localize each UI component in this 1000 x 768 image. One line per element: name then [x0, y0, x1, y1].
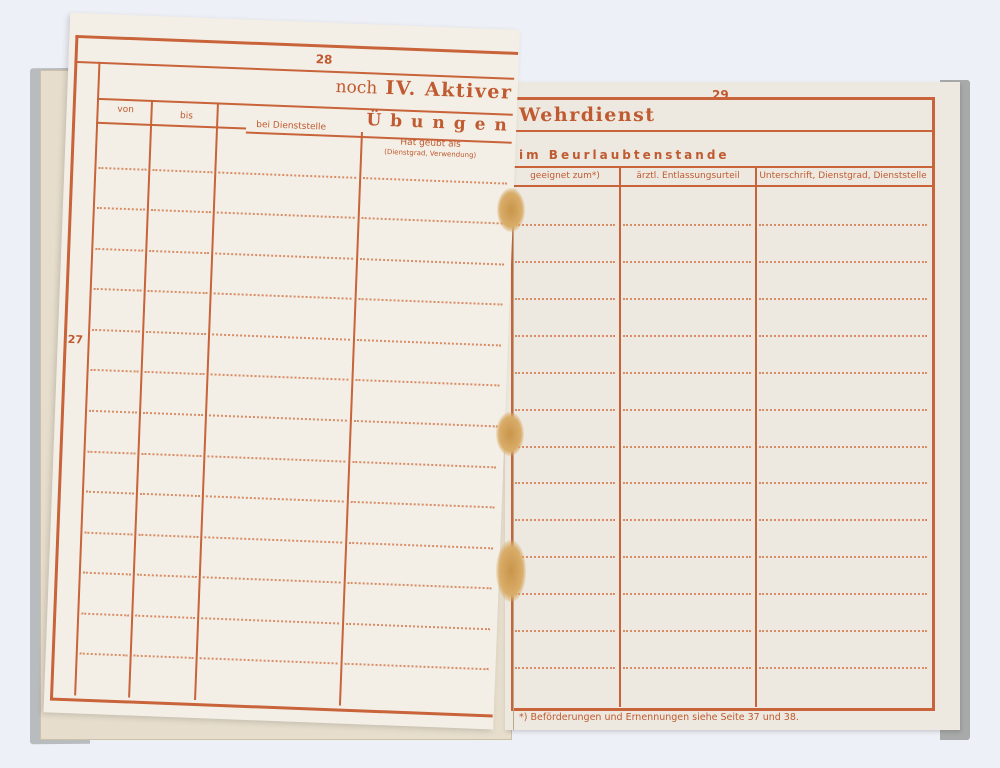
entry-row-line — [515, 593, 615, 595]
col-header-signature-rank-unit: Unterschrift, Dienstgrad, Dienststelle — [757, 171, 929, 181]
entry-row-line — [515, 482, 615, 484]
entry-row-line — [759, 335, 927, 337]
entry-row-line — [759, 298, 927, 300]
entry-row-line — [515, 409, 615, 411]
section-title-continued: Wehrdienst — [519, 104, 656, 126]
page-frame — [511, 97, 935, 711]
entry-row-line — [759, 261, 927, 263]
col-header-suitable-for: geeignet zum*) — [515, 171, 615, 181]
entry-row-line — [759, 556, 927, 558]
col-header-medical-discharge: ärztl. Entlassungsurteil — [623, 171, 753, 181]
entry-rows — [70, 13, 520, 30]
page-29: 29 Wehrdienst im Beurlaubtenstande geeig… — [505, 82, 960, 730]
entry-row-line — [515, 335, 615, 337]
col-header-from: von — [100, 104, 150, 116]
entry-row-line — [623, 335, 751, 337]
open-booklet: 29 Wehrdienst im Beurlaubtenstande geeig… — [0, 0, 1000, 768]
entry-row-line — [759, 372, 927, 374]
side-page-number: 27 — [68, 333, 84, 347]
entry-row-line — [515, 261, 615, 263]
entry-row-line — [623, 519, 751, 521]
entry-row-line — [759, 593, 927, 595]
entry-row-line — [623, 482, 751, 484]
entry-row-line — [759, 446, 927, 448]
title-rule — [511, 130, 935, 132]
entry-row-line — [759, 482, 927, 484]
entry-row-line — [759, 519, 927, 521]
entry-row-line — [623, 261, 751, 263]
entry-row-line — [759, 409, 927, 411]
entry-row-line — [623, 630, 751, 632]
entry-row-line — [759, 667, 927, 669]
entry-row-line — [515, 298, 615, 300]
entry-row-line — [623, 298, 751, 300]
entry-row-line — [515, 446, 615, 448]
entry-row-line — [515, 372, 615, 374]
footnote: *) Beförderungen und Ernennungen siehe S… — [519, 712, 799, 723]
entry-row-line — [515, 556, 615, 558]
entry-row-line — [623, 372, 751, 374]
entry-row-line — [623, 446, 751, 448]
entry-row-line — [515, 224, 615, 226]
entry-row-line — [623, 667, 751, 669]
entry-row-line — [623, 593, 751, 595]
page-28: 28 27 noch IV. Aktiver Übungen von bis b… — [43, 13, 520, 730]
entry-row-line — [515, 519, 615, 521]
entry-row-line — [623, 556, 751, 558]
section-subtitle-continued: im Beurlaubtenstande — [519, 148, 730, 162]
entry-row-line — [623, 409, 751, 411]
glue-stain — [496, 540, 526, 602]
entry-row-line — [759, 224, 927, 226]
title-prefix: noch — [335, 77, 377, 99]
glue-stain — [496, 412, 524, 456]
entry-row-line — [515, 667, 615, 669]
entry-row-line — [759, 630, 927, 632]
entry-row-line — [515, 630, 615, 632]
entry-row-line — [623, 224, 751, 226]
column-divider — [619, 166, 621, 707]
column-divider — [755, 166, 757, 707]
glue-stain — [497, 188, 525, 232]
subtitle-rule — [511, 166, 935, 168]
header-rule — [511, 185, 935, 187]
